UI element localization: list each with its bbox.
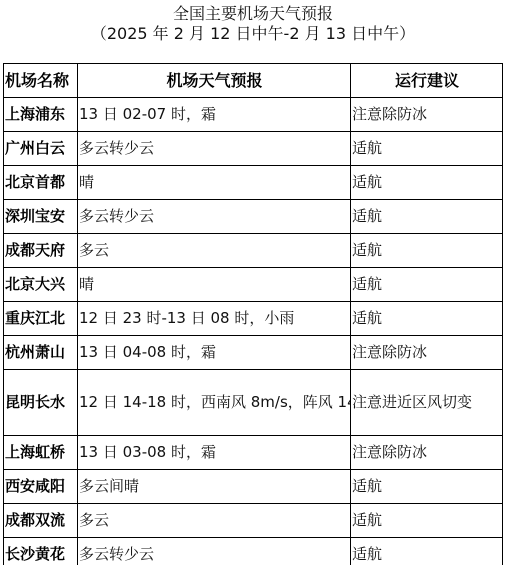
operation-advice: 适航 — [351, 504, 503, 538]
table-row: 广州白云 多云转少云 适航 — [4, 132, 503, 166]
operation-advice: 注意进近区风切变 — [351, 370, 503, 436]
table-row: 成都天府 多云 适航 — [4, 234, 503, 268]
airport-name: 杭州萧山 — [4, 336, 78, 370]
operation-advice: 适航 — [351, 132, 503, 166]
table-row: 北京首都 晴 适航 — [4, 166, 503, 200]
header-airport-name: 机场名称 — [4, 64, 78, 98]
operation-advice: 适航 — [351, 200, 503, 234]
table-row: 昆明长水 12 日 14-18 时，西南风 8m/s，阵风 14m/s 注意进近… — [4, 370, 503, 436]
airport-name: 北京首都 — [4, 166, 78, 200]
operation-advice: 适航 — [351, 268, 503, 302]
weather-forecast: 多云转少云 — [78, 200, 351, 234]
airport-name: 上海浦东 — [4, 98, 78, 132]
table-row: 北京大兴 晴 适航 — [4, 268, 503, 302]
table-row: 重庆江北 12 日 23 时-13 日 08 时，小雨 适航 — [4, 302, 503, 336]
airport-name: 成都天府 — [4, 234, 78, 268]
airport-name: 西安咸阳 — [4, 470, 78, 504]
header-weather-forecast: 机场天气预报 — [78, 64, 351, 98]
weather-forecast: 多云转少云 — [78, 132, 351, 166]
operation-advice: 注意除防冰 — [351, 336, 503, 370]
table-row: 上海虹桥 13 日 03-08 时，霜 注意除防冰 — [4, 436, 503, 470]
table-row: 成都双流 多云 适航 — [4, 504, 503, 538]
weather-forecast: 晴 — [78, 268, 351, 302]
weather-forecast: 13 日 03-08 时，霜 — [78, 436, 351, 470]
operation-advice: 适航 — [351, 470, 503, 504]
airport-name: 重庆江北 — [4, 302, 78, 336]
weather-forecast: 13 日 04-08 时，霜 — [78, 336, 351, 370]
weather-forecast: 13 日 02-07 时，霜 — [78, 98, 351, 132]
weather-forecast: 多云转少云 — [78, 538, 351, 565]
document-title: 全国主要机场天气预报 — [0, 4, 506, 24]
weather-forecast: 多云 — [78, 234, 351, 268]
weather-forecast: 12 日 14-18 时，西南风 8m/s，阵风 14m/s — [78, 370, 351, 436]
operation-advice: 适航 — [351, 166, 503, 200]
weather-forecast: 多云间晴 — [78, 470, 351, 504]
weather-forecast: 12 日 23 时-13 日 08 时，小雨 — [78, 302, 351, 336]
airport-name: 深圳宝安 — [4, 200, 78, 234]
airport-forecast-table: 机场名称 机场天气预报 运行建议 上海浦东 13 日 02-07 时，霜 注意除… — [3, 63, 503, 565]
table-row: 长沙黄花 多云转少云 适航 — [4, 538, 503, 565]
airport-name: 广州白云 — [4, 132, 78, 166]
table-row: 上海浦东 13 日 02-07 时，霜 注意除防冰 — [4, 98, 503, 132]
weather-forecast: 多云 — [78, 504, 351, 538]
table-row: 深圳宝安 多云转少云 适航 — [4, 200, 503, 234]
table-row: 西安咸阳 多云间晴 适航 — [4, 470, 503, 504]
airport-name: 成都双流 — [4, 504, 78, 538]
operation-advice: 注意除防冰 — [351, 98, 503, 132]
table-row: 杭州萧山 13 日 04-08 时，霜 注意除防冰 — [4, 336, 503, 370]
document-subtitle: （2025 年 2 月 12 日中午-2 月 13 日中午） — [0, 24, 506, 44]
table-header-row: 机场名称 机场天气预报 运行建议 — [4, 64, 503, 98]
header-operation-advice: 运行建议 — [351, 64, 503, 98]
operation-advice: 适航 — [351, 538, 503, 565]
operation-advice: 适航 — [351, 234, 503, 268]
operation-advice: 注意除防冰 — [351, 436, 503, 470]
airport-name: 上海虹桥 — [4, 436, 78, 470]
operation-advice: 适航 — [351, 302, 503, 336]
weather-forecast: 晴 — [78, 166, 351, 200]
airport-name: 北京大兴 — [4, 268, 78, 302]
airport-name: 长沙黄花 — [4, 538, 78, 565]
airport-name: 昆明长水 — [4, 370, 78, 436]
